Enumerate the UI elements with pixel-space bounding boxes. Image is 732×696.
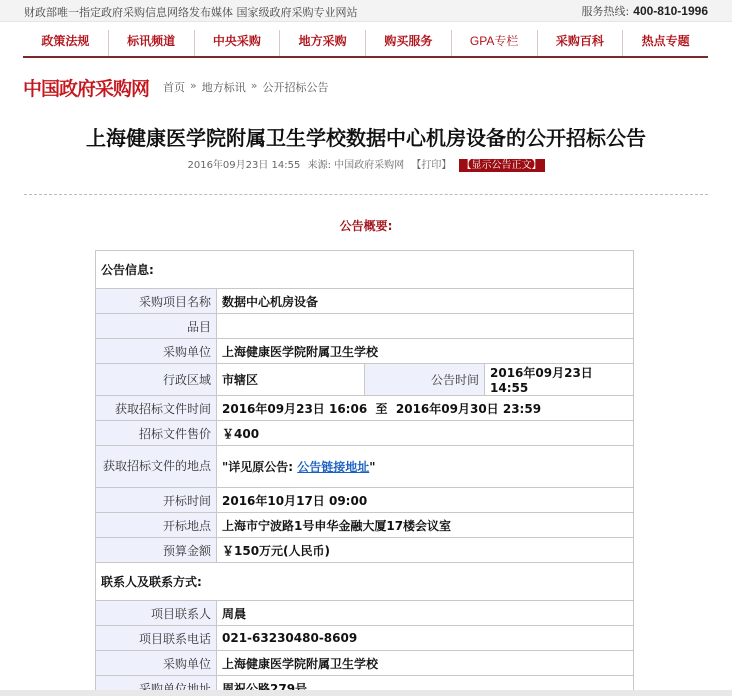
breadcrumb-local-bids[interactable]: 地方标讯 [202,79,246,95]
region-value: 市辖区 [217,364,365,396]
section-heading-contacts: 联系人及联系方式: [96,563,634,601]
get-doc-time-value: 2016年09月23日 16:06 至 2016年09月30日 23:59 [217,396,634,421]
field-label: 开标时间 [96,488,217,513]
field-label: 项目联系人 [96,601,217,626]
table-row: 采购项目名称 数据中心机房设备 [96,289,634,314]
field-label: 采购单位 [96,651,217,676]
hotline-label: 服务热线: [582,5,630,18]
field-label: 公告时间 [365,364,485,396]
table-row: 开标地点 上海市宁波路1号申华金融大厦17楼会议室 [96,513,634,538]
nav-item-bid-channel[interactable]: 标讯频道 [109,30,195,56]
site-logo[interactable]: 中国政府采购网 [23,74,149,101]
field-label: 行政区域 [96,364,217,396]
get-doc-place-value: "详见原公告: 公告链接地址" [217,446,634,488]
table-row: 采购单位 上海健康医学院附属卫生学校 [96,651,634,676]
doc-price-value: ￥400 [217,421,634,446]
field-label: 开标地点 [96,513,217,538]
nav-item-purchase-services[interactable]: 购买服务 [366,30,452,56]
contact-phone-value: 021-63230480-8609 [217,626,634,651]
table-row: 联系人及联系方式: [96,563,634,601]
top-bar: 财政部唯一指定政府采购信息网络发布媒体 国家级政府采购专业网站 服务热线:400… [0,0,732,22]
breadcrumb-home[interactable]: 首页 [163,79,185,95]
summary-heading: 公告概要: [0,217,732,234]
open-place-value: 上海市宁波路1号申华金融大厦17楼会议室 [217,513,634,538]
table-row: 预算金额 ￥150万元(人民币) [96,538,634,563]
table-row: 获取招标文件时间 2016年09月23日 16:06 至 2016年09月30日… [96,396,634,421]
open-time-value: 2016年10月17日 09:00 [217,488,634,513]
service-hotline: 服务热线:400-810-1996 [582,3,708,19]
table-row: 开标时间 2016年10月17日 09:00 [96,488,634,513]
table-row: 项目联系电话 021-63230480-8609 [96,626,634,651]
budget-value: ￥150万元(人民币) [217,538,634,563]
breadcrumb-separator: » [251,79,258,95]
table-row: 公告信息: [96,251,634,289]
breadcrumb-separator: » [190,79,197,95]
announce-time-value: 2016年09月23日 14:55 [485,364,634,396]
nav-item-policy[interactable]: 政策法规 [23,30,109,56]
table-row: 采购单位 上海健康医学院附属卫生学校 [96,339,634,364]
nav-item-encyclopedia[interactable]: 采购百科 [538,30,624,56]
page-title: 上海健康医学院附属卫生学校数据中心机房设备的公开招标公告 [0,122,732,151]
field-label: 招标文件售价 [96,421,217,446]
table-row: 项目联系人 周晨 [96,601,634,626]
section-heading-info: 公告信息: [96,251,634,289]
table-row: 获取招标文件的地点 "详见原公告: 公告链接地址" [96,446,634,488]
nav-item-local-procurement[interactable]: 地方采购 [280,30,366,56]
field-label: 获取招标文件的地点 [96,446,217,488]
announcement-link[interactable]: 公告链接地址 [297,460,369,474]
article-source: 来源: 中国政府采购网 [308,160,405,171]
field-label: 采购项目名称 [96,289,217,314]
purchaser-value: 上海健康医学院附属卫生学校 [217,339,634,364]
field-label: 品目 [96,314,217,339]
show-body-button[interactable]: 【显示公告正文】 [459,159,545,172]
brand-row: 中国政府采购网 首页 » 地方标讯 » 公开招标公告 [23,74,328,100]
divider [24,194,708,195]
breadcrumb: 首页 » 地方标讯 » 公开招标公告 [163,79,328,95]
site-slogan: 财政部唯一指定政府采购信息网络发布媒体 国家级政府采购专业网站 [24,4,358,20]
field-label: 采购单位 [96,339,217,364]
hotline-number: 400-810-1996 [633,4,708,18]
contact-purchaser-value: 上海健康医学院附属卫生学校 [217,651,634,676]
table-row: 行政区域 市辖区 公告时间 2016年09月23日 14:55 [96,364,634,396]
category-value [217,314,634,339]
field-label: 获取招标文件时间 [96,396,217,421]
project-name-value: 数据中心机房设备 [217,289,634,314]
place-suffix: " [369,460,375,474]
publish-datetime: 2016年09月23日 14:55 [187,160,300,171]
table-row: 品目 [96,314,634,339]
horizontal-scrollbar[interactable] [0,690,732,696]
contact-person-value: 周晨 [217,601,634,626]
nav-item-central-procurement[interactable]: 中央采购 [195,30,281,56]
print-link[interactable]: 【打印】 [411,160,451,171]
article-meta: 2016年09月23日 14:55 来源: 中国政府采购网 【打印】 【显示公告… [0,156,732,171]
announcement-info-table: 公告信息: 采购项目名称 数据中心机房设备 品目 采购单位 上海健康医学院附属卫… [95,250,634,696]
table-row: 招标文件售价 ￥400 [96,421,634,446]
field-label: 项目联系电话 [96,626,217,651]
breadcrumb-open-tender[interactable]: 公开招标公告 [262,79,328,95]
main-nav: 政策法规 标讯频道 中央采购 地方采购 购买服务 GPA专栏 采购百科 热点专题 [23,30,708,58]
field-label: 预算金额 [96,538,217,563]
nav-item-hot-topics[interactable]: 热点专题 [623,30,708,56]
nav-item-gpa[interactable]: GPA专栏 [452,30,538,56]
place-prefix: "详见原公告: [222,460,297,474]
